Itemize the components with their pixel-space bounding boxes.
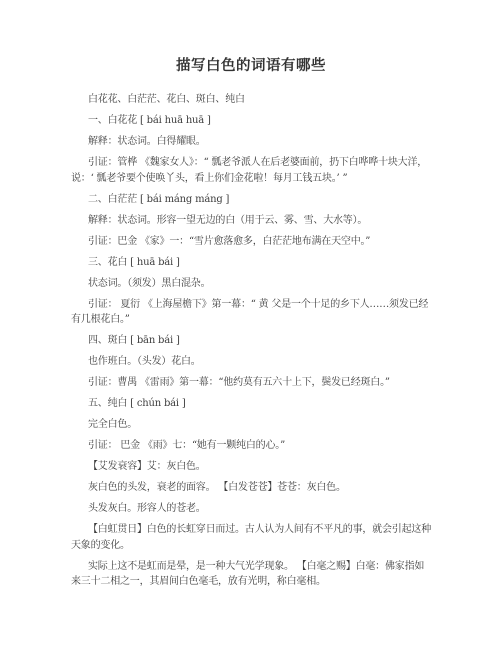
paragraph-entry-2-definition: 解释：状态词。形容一望无边的白（用于云、雾、雪、大水等）。	[71, 213, 431, 229]
paragraph-entry-4-heading: 四、斑白 [ bān bái ]	[71, 333, 431, 349]
paragraph-idiom-baihaozhici: 实际上这不是虹而是晕，是一种大气光学现象。 【白毫之赐】白毫：佛家指如来三十二相…	[71, 559, 431, 590]
document-body: 白花花、白茫茫、花白、斑白、纯白 一、白花花 [ bái huā huā ] 解…	[71, 92, 431, 590]
paragraph-idiom-baifacangcang-definition: 头发灰白。形容人的苍老。	[71, 501, 431, 517]
paragraph-entry-4-citation: 引证：曹禺 《雷雨》第一幕：“他约莫有五六十上下，鬓发已经斑白。”	[71, 375, 431, 391]
paragraph-entry-5-definition: 完全白色。	[71, 417, 431, 433]
paragraph-idiom-baifacangcang: 灰白色的头发，衰老的面容。 【白发苍苍】苍苍：灰白色。	[71, 480, 431, 496]
paragraph-entry-5-heading: 五、纯白 [ chún bái ]	[71, 396, 431, 412]
paragraph-entry-1-citation: 引证：管桦 《魏家女人》：“ 瓢老爷派人在后老婆面前，扔下白哗哗十块大洋，说：‘…	[71, 155, 431, 186]
document-page: 描写白色的词语有哪些 白花花、白茫茫、花白、斑白、纯白 一、白花花 [ bái …	[0, 0, 500, 647]
paragraph-entry-2-heading: 二、白茫茫 [ bái máng máng ]	[71, 192, 431, 208]
paragraph-idiom-aifashuairong: 【艾发衰容】艾：灰白色。	[71, 459, 431, 475]
paragraph-word-list: 白花花、白茫茫、花白、斑白、纯白	[71, 92, 431, 108]
paragraph-entry-3-definition: 状态词。（须发）黑白混杂。	[71, 276, 431, 292]
page-title: 描写白色的词语有哪些	[71, 57, 431, 75]
paragraph-entry-3-citation: 引证： 夏衍 《上海屋檐下》第一幕：“ 黄 父是一个十足的乡下人……须发已经有几…	[71, 297, 431, 328]
paragraph-entry-1-definition: 解释：状态词。白得耀眼。	[71, 134, 431, 150]
paragraph-idiom-baihongguanri: 【白虹贯日】白色的长虹穿日而过。古人认为人间有不平凡的事，就会引起这种天象的变化…	[71, 522, 431, 553]
paragraph-entry-4-definition: 也作班白。（头发）花白。	[71, 354, 431, 370]
paragraph-entry-2-citation: 引证：巴金 《家》一：“雪片愈落愈多，白茫茫地布满在天空中。”	[71, 234, 431, 250]
paragraph-entry-1-heading: 一、白花花 [ bái huā huā ]	[71, 113, 431, 129]
paragraph-entry-5-citation: 引证： 巴金 《雨》七：“她有一颗纯白的心。”	[71, 438, 431, 454]
paragraph-entry-3-heading: 三、花白 [ huā bái ]	[71, 255, 431, 271]
